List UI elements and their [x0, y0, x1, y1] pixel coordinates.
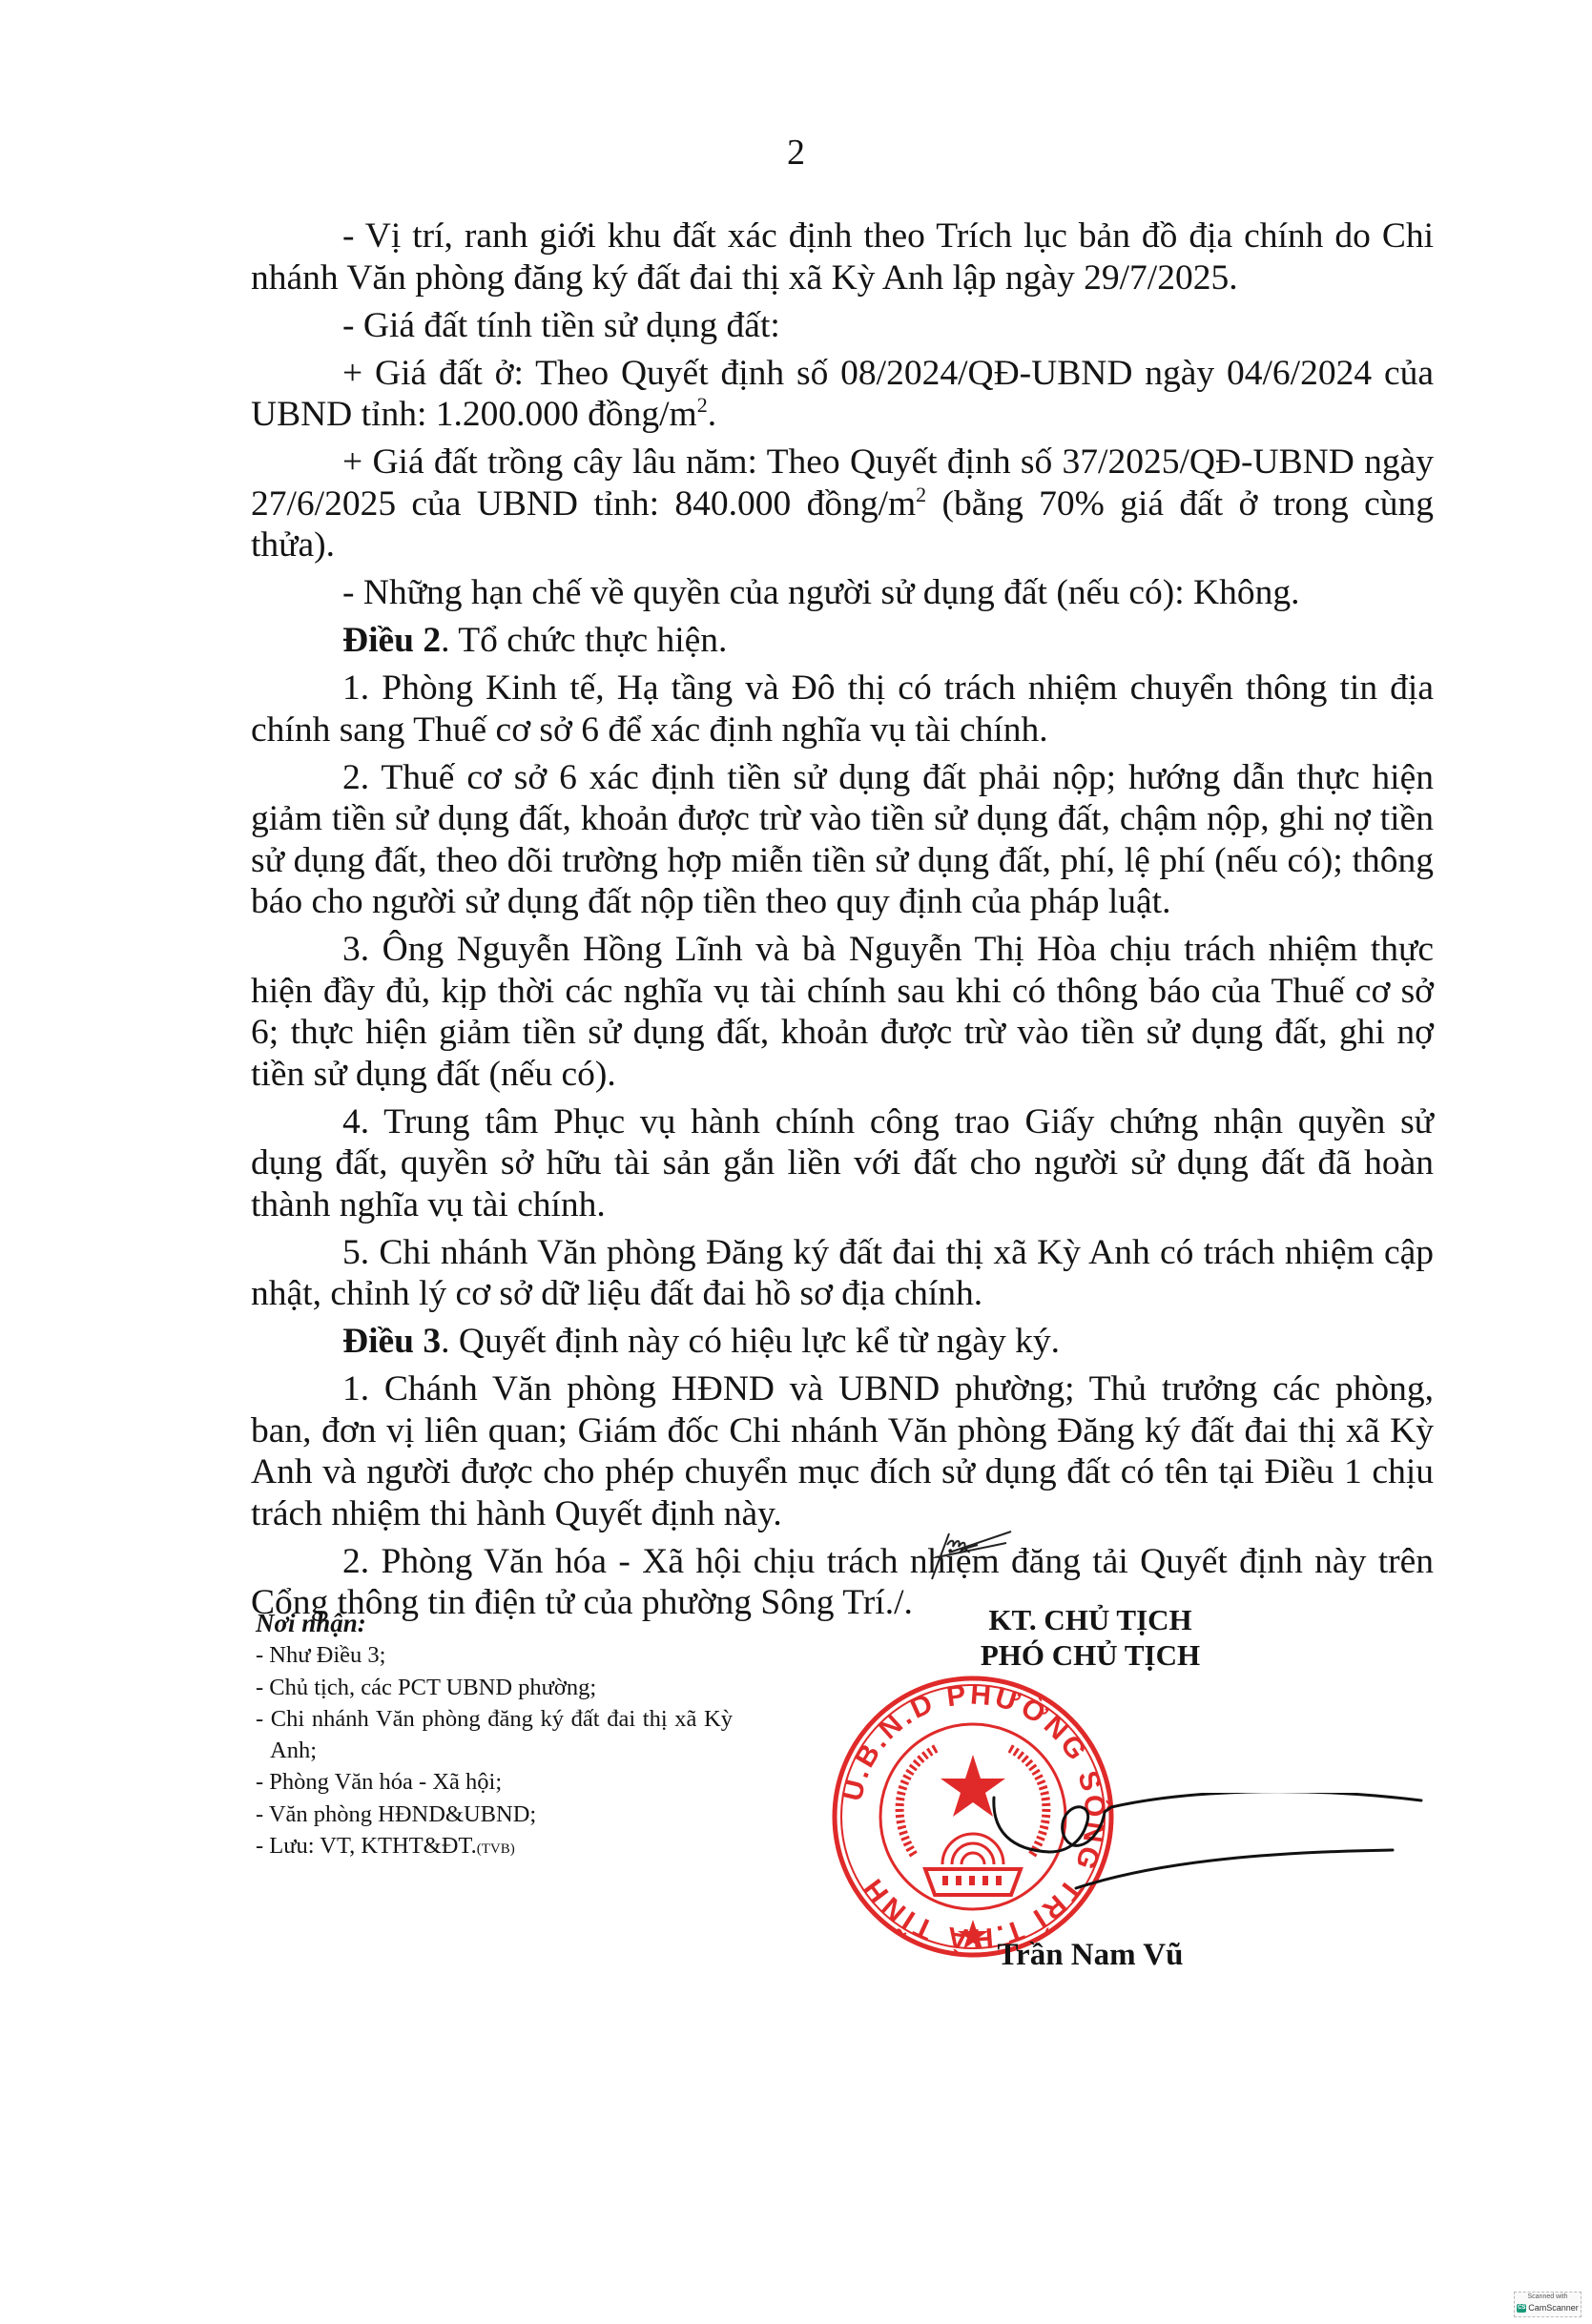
- recipients-list: Nơi nhận: - Như Điều 3; - Chủ tịch, các …: [256, 1608, 733, 1865]
- article-label: Điều 2: [342, 621, 441, 660]
- article-2-item-2: 2. Thuế cơ sở 6 xác định tiền sử dụng đấ…: [251, 757, 1434, 923]
- paragraph-residential-price: + Giá đất ở: Theo Quyết định số 08/2024/…: [251, 353, 1434, 436]
- recipient-item: - Chi nhánh Văn phòng đăng ký đất đai th…: [256, 1703, 733, 1767]
- recipient-item: - Phòng Văn hóa - Xã hội;: [256, 1766, 733, 1798]
- page-number: 2: [0, 132, 1592, 174]
- paragraph-land-price-heading: - Giá đất tính tiền sử dụng đất:: [251, 305, 1434, 347]
- recipient-item: - Như Điều 3;: [256, 1639, 733, 1671]
- article-title: . Tổ chức thực hiện.: [441, 621, 727, 660]
- watermark-brand: CS CamScanner: [1515, 2302, 1581, 2314]
- paragraph-restrictions: - Những hạn chế về quyền của người sử dụ…: [251, 572, 1434, 614]
- document-body: - Vị trí, ranh giới khu đất xác định the…: [251, 216, 1434, 1630]
- recipient-item: - Văn phòng HĐND&UBND;: [256, 1799, 733, 1830]
- recipient-item: - Chủ tịch, các PCT UBND phường;: [256, 1672, 733, 1703]
- residential-price-text: + Giá đất ở: Theo Quyết định số 08/2024/…: [251, 354, 1434, 435]
- article-2-heading: Điều 2. Tổ chức thực hiện.: [251, 620, 1434, 662]
- recipients-heading: Nơi nhận:: [256, 1608, 733, 1639]
- residential-price-end: .: [708, 395, 716, 434]
- article-2-item-5: 5. Chi nhánh Văn phòng Đăng ký đất đai t…: [251, 1232, 1434, 1315]
- signature-title-block: KT. CHỦ TỊCH PHÓ CHỦ TỊCH: [899, 1602, 1281, 1673]
- signer-title-line-2: PHÓ CHỦ TỊCH: [899, 1637, 1281, 1673]
- article-3-item-1: 1. Chánh Văn phòng HĐND và UBND phường; …: [251, 1368, 1434, 1534]
- drafter-initials: (TVB): [477, 1841, 515, 1857]
- archive-text: - Lưu: VT, KTHT&ĐT.: [256, 1833, 477, 1859]
- superscript: 2: [697, 393, 708, 417]
- camscanner-watermark: Scanned with CS CamScanner: [1514, 2292, 1582, 2317]
- article-2-item-4: 4. Trung tâm Phục vụ hành chính công tra…: [251, 1101, 1434, 1226]
- article-3-heading: Điều 3. Quyết định này có hiệu lực kể từ…: [251, 1321, 1434, 1363]
- article-2-item-3: 3. Ông Nguyễn Hồng Lĩnh và bà Nguyễn Thị…: [251, 929, 1434, 1095]
- initials-mark-icon: [920, 1524, 1016, 1581]
- paragraph-perennial-price: + Giá đất trồng cây lâu năm: Theo Quyết …: [251, 442, 1434, 566]
- signer-name: Trần Nam Vũ: [899, 1934, 1281, 1976]
- superscript: 2: [916, 483, 926, 506]
- handwritten-signature-icon: [992, 1793, 1440, 1926]
- watermark-brand-text: CamScanner: [1528, 2302, 1579, 2314]
- recipient-item-archive: - Lưu: VT, KTHT&ĐT.(TVB): [256, 1830, 733, 1865]
- article-2-item-1: 1. Phòng Kinh tế, Hạ tầng và Đô thị có t…: [251, 668, 1434, 751]
- signer-title-line-1: KT. CHỦ TỊCH: [899, 1602, 1281, 1637]
- camscanner-logo-icon: CS: [1517, 2304, 1526, 2313]
- article-label: Điều 3: [342, 1322, 441, 1361]
- watermark-caption: Scanned with: [1515, 2293, 1581, 2302]
- paragraph-location: - Vị trí, ranh giới khu đất xác định the…: [251, 216, 1434, 298]
- article-title: . Quyết định này có hiệu lực kể từ ngày …: [441, 1322, 1060, 1361]
